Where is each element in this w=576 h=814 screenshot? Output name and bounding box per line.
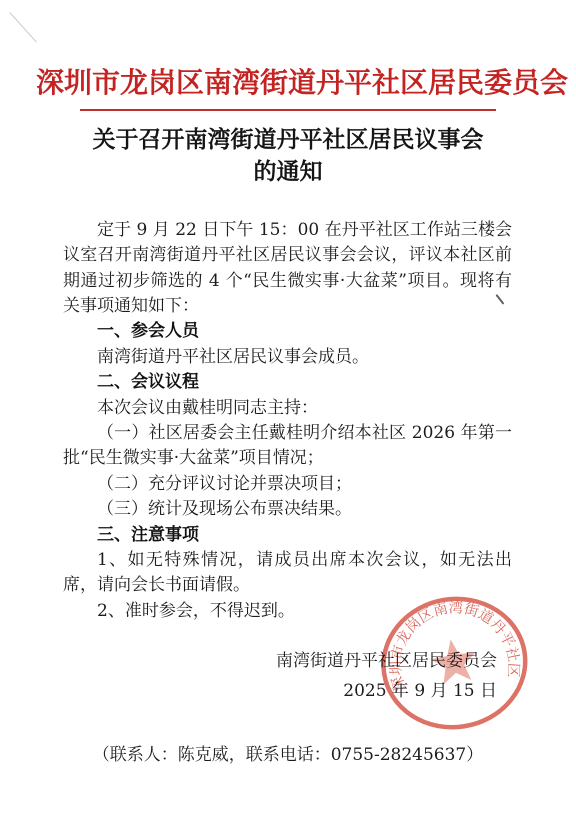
signature-date: 2025 年 9 月 15 日 — [0, 676, 497, 706]
section-1-paragraph: 南湾街道丹平社区居民议事会成员。 — [63, 345, 512, 370]
issuing-org-title: 深圳市龙岗区南湾街道丹平社区居民委员会 — [36, 64, 540, 102]
agenda-item-1: （一）社区居委会主任戴桂明介绍本社区 2026 年第一批“民生微实事·大盆菜”项… — [63, 421, 512, 472]
document-title: 关于召开南湾街道丹平社区居民议事会 的通知 — [0, 124, 576, 188]
section-2-heading: 二、会议议程 — [63, 370, 512, 395]
note-item-1: 1、如无特殊情况，请成员出席本次会议，如无法出席，请向会长书面请假。 — [63, 548, 512, 599]
section-1-heading: 一、参会人员 — [63, 319, 512, 344]
notice-document-page: 深圳市龙岗区南湾街道丹平社区居民委员会 关于召开南湾街道丹平社区居民议事会 的通… — [0, 0, 576, 814]
document-body: 定于 9 月 22 日下午 15：00 在丹平社区工作站三楼会议室召开南湾街道丹… — [63, 218, 512, 625]
contact-line: （联系人：陈克威，联系电话：0755-28245637） — [0, 740, 576, 765]
note-item-2: 2、准时参会，不得迟到。 — [63, 599, 512, 624]
agenda-item-2: （二）充分评议讨论并票决项目； — [63, 472, 512, 497]
document-title-line1: 关于召开南湾街道丹平社区居民议事会 — [0, 124, 576, 156]
section-3-heading: 三、注意事项 — [63, 523, 512, 548]
document-title-line2: 的通知 — [0, 156, 576, 188]
signature-org: 南湾街道丹平社区居民委员会 — [0, 646, 497, 676]
section-2-intro: 本次会议由戴桂明同志主持： — [63, 396, 512, 421]
agenda-item-3: （三）统计及现场公布票决结果。 — [63, 497, 512, 522]
scan-artifact — [9, 12, 37, 42]
intro-paragraph: 定于 9 月 22 日下午 15：00 在丹平社区工作站三楼会议室召开南湾街道丹… — [63, 218, 512, 320]
header-divider — [80, 109, 496, 111]
signature-block: 南湾街道丹平社区居民委员会 2025 年 9 月 15 日 — [0, 646, 497, 706]
